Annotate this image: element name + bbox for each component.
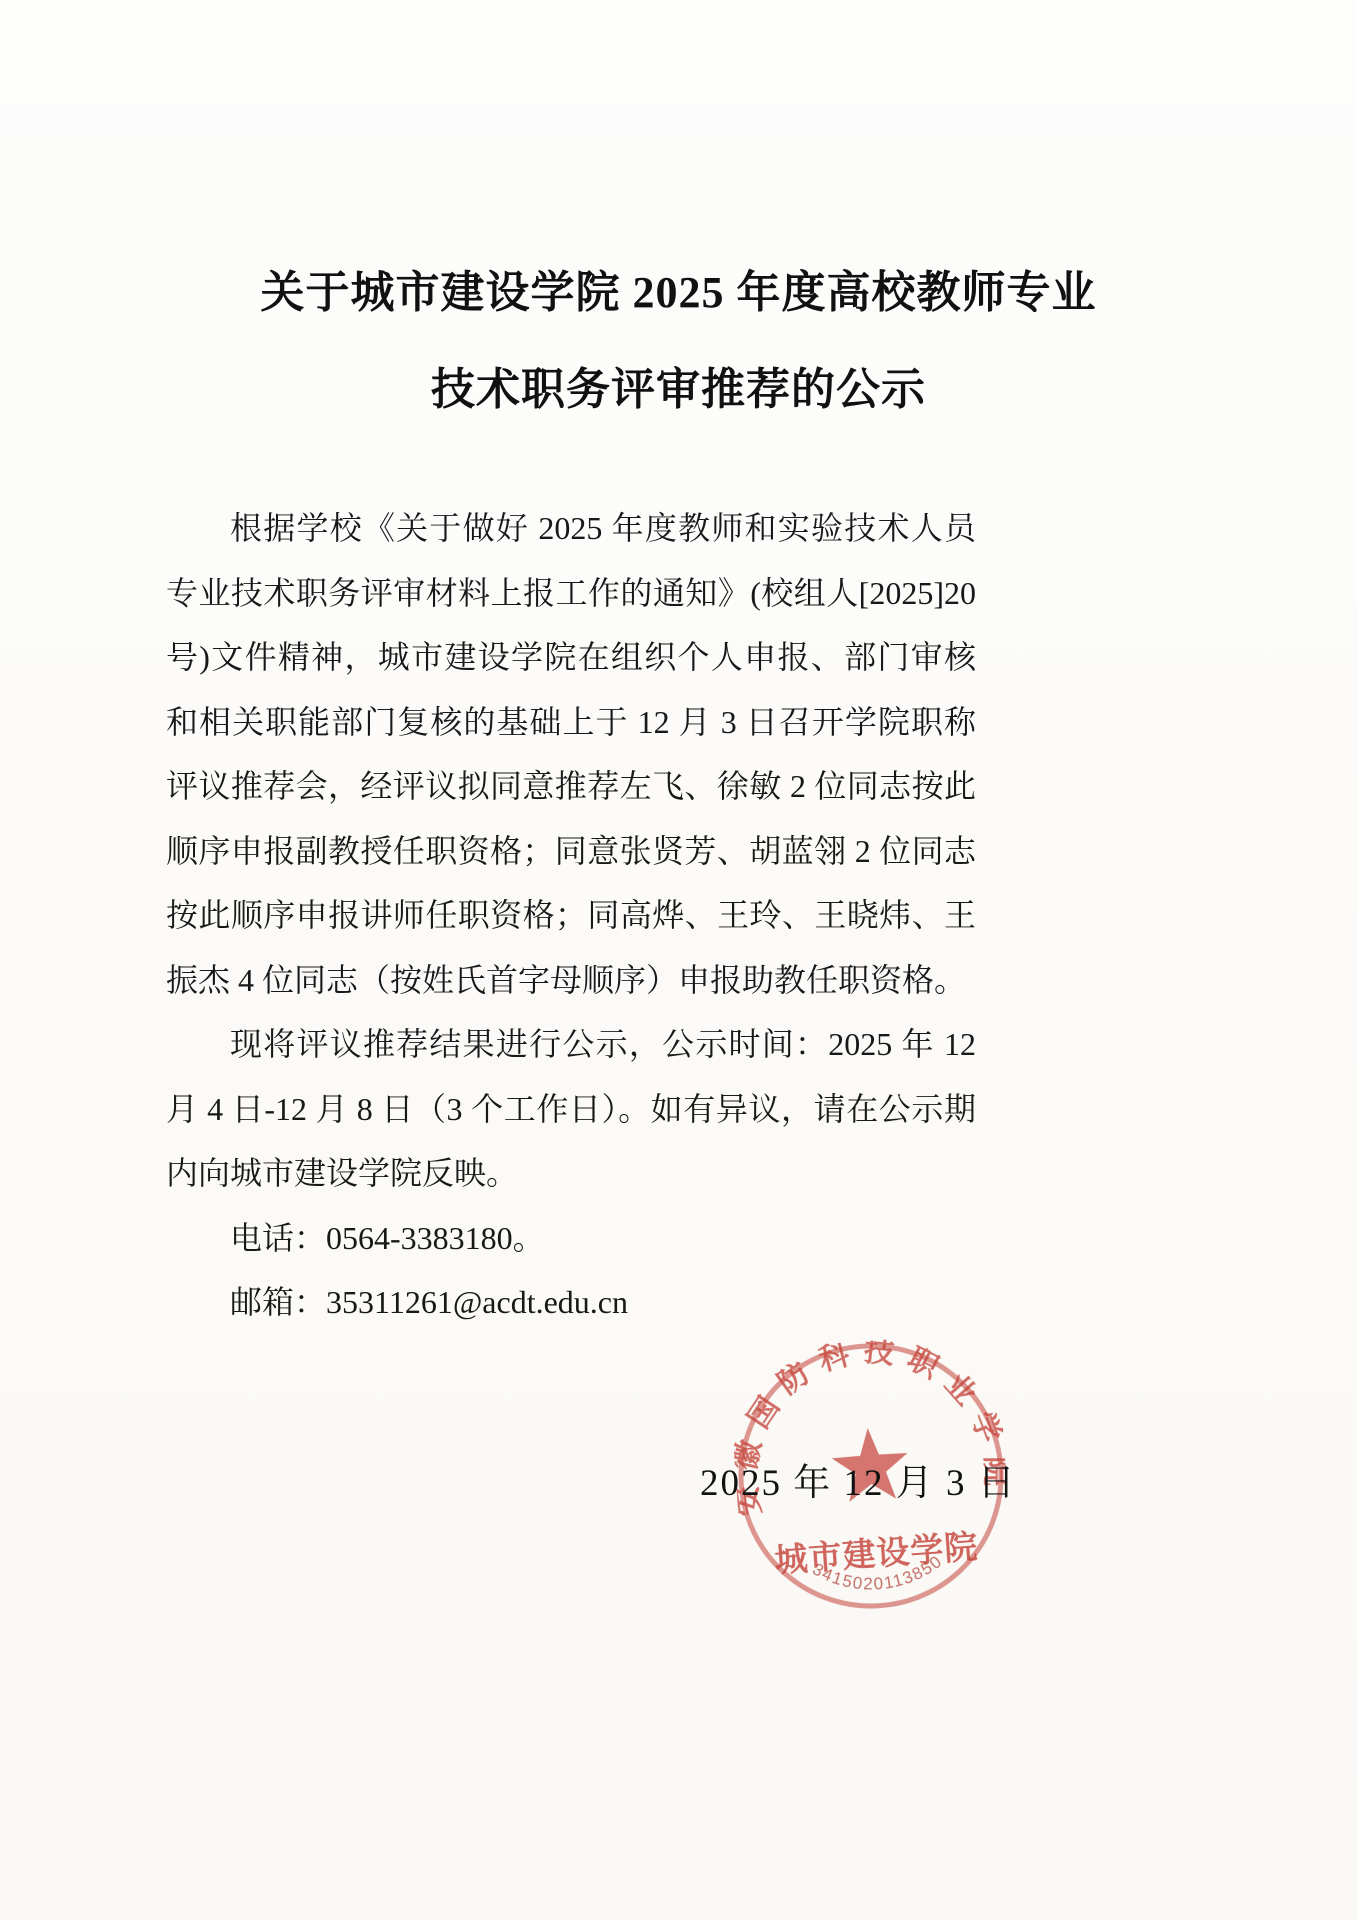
document-body: 根据学校《关于做好 2025 年度教师和实验技术人员专业技术职务评审材料上报工作… [166, 496, 976, 1335]
email-line: 邮箱：35311261@acdt.edu.cn [166, 1270, 976, 1335]
document-page: 关于城市建设学院 2025 年度高校教师专业 技术职务评审推荐的公示 根据学校《… [0, 0, 1357, 1920]
document-date: 2025 年 12 月 3 日 [700, 1452, 1017, 1506]
phone-line: 电话：0564-3383180。 [166, 1206, 976, 1271]
stamp-college-name: 城市建设学院 [773, 1529, 979, 1580]
paragraph-2: 现将评议推荐结果进行公示，公示时间：2025 年 12 月 4 日-12 月 8… [166, 1012, 976, 1206]
title-line-2: 技术职务评审推荐的公示 [0, 341, 1357, 438]
paragraph-1: 根据学校《关于做好 2025 年度教师和实验技术人员专业技术职务评审材料上报工作… [166, 496, 976, 1012]
title-line-1: 关于城市建设学院 2025 年度高校教师专业 [0, 244, 1357, 341]
page-title: 关于城市建设学院 2025 年度高校教师专业 技术职务评审推荐的公示 [0, 244, 1357, 438]
